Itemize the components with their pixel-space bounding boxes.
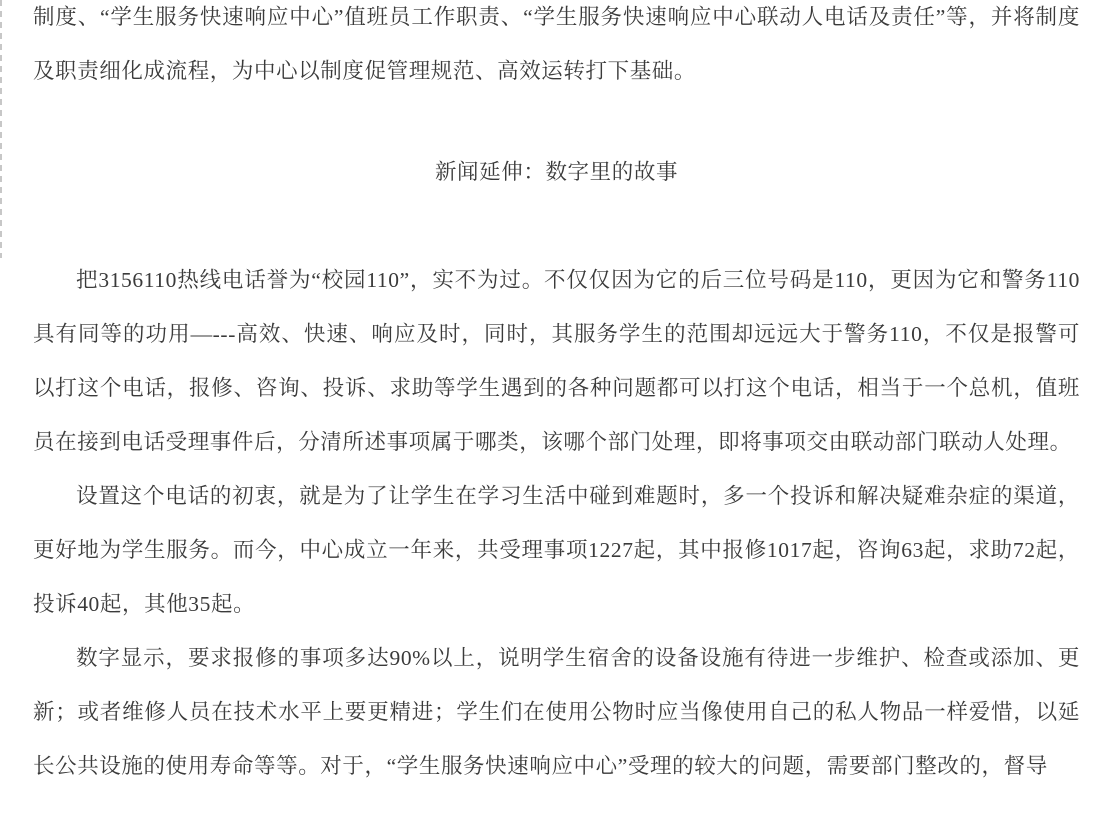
section-heading: 新闻延伸：数字里的故事 [33,145,1080,199]
paragraph-hotline-intro: 把3156110热线电话誉为“校园110”，实不为过。不仅仅因为它的后三位号码是… [33,253,1080,469]
paragraph-purpose-stats: 设置这个电话的初衷，就是为了让学生在学习生活中碰到难题时，多一个投诉和解决疑难杂… [33,469,1080,631]
document-page: 制度、“学生服务快速响应中心”值班员工作职责、“学生服务快速响应中心联动人电话及… [0,0,1109,835]
document-body: 制度、“学生服务快速响应中心”值班员工作职责、“学生服务快速响应中心联动人电话及… [33,0,1080,793]
paragraph-continuation: 制度、“学生服务快速响应中心”值班员工作职责、“学生服务快速响应中心联动人电话及… [33,0,1080,98]
paragraph-analysis: 数字显示，要求报修的事项多达90%以上，说明学生宿舍的设备设施有待进一步维护、检… [33,631,1080,793]
text-boundary-dashes [0,0,2,258]
